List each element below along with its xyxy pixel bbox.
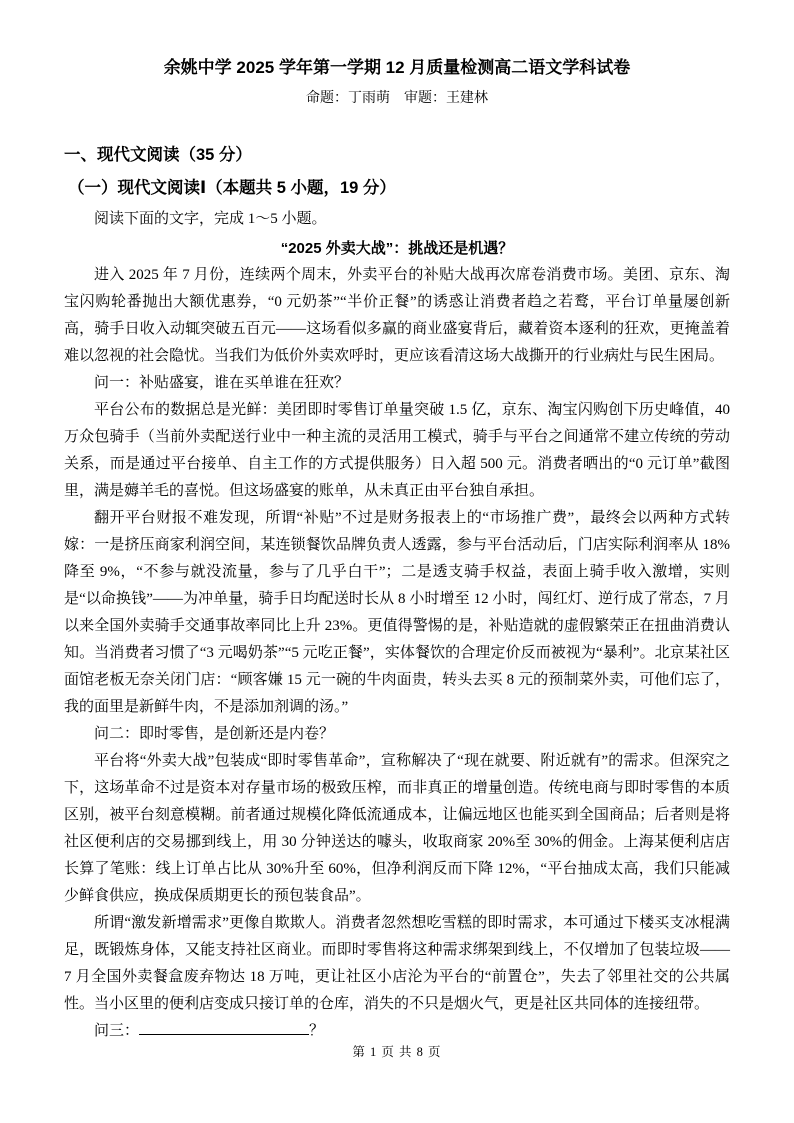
article-paragraph-5: 所谓“激发新增需求”更像自欺欺人。消费者忽然想吃雪糕的即时需求，本可通过下楼买支… xyxy=(64,910,730,1018)
byline: 命题：丁雨萌 审题：王建林 xyxy=(64,89,730,109)
article-question-three: 问三：？ xyxy=(64,1018,730,1045)
section-heading-modern-reading: 一、现代文阅读（35 分） xyxy=(64,143,730,167)
subsection-heading-reading-one: （一）现代文阅读Ⅰ（本题共 5 小题，19 分） xyxy=(64,176,730,200)
question-three-label: 问三： xyxy=(94,1023,139,1039)
article-paragraph-1: 进入 2025 年 7 月份，连续两个周末，外卖平台的补贴大战再次席卷消费市场。… xyxy=(64,262,730,370)
article-question-two: 问二：即时零售，是创新还是内卷？ xyxy=(64,721,730,748)
answer-blank-line xyxy=(139,1019,309,1035)
article-title: “2025 外卖大战”：挑战还是机遇？ xyxy=(64,236,730,262)
article-paragraph-4: 平台将“外卖大战”包装成“即时零售革命”，宣称解决了“现在就要、附近就有”的需求… xyxy=(64,748,730,910)
page-title: 余姚中学 2025 学年第一学期 12 月质量检测高二语文学科试卷 xyxy=(64,56,730,80)
article-paragraph-3: 翻开平台财报不难发现，所谓“补贴”不过是财务报表上的“市场推广费”，最终会以两种… xyxy=(64,505,730,721)
reading-instruction: 阅读下面的文字，完成 1～5 小题。 xyxy=(64,207,730,231)
question-three-mark: ？ xyxy=(309,1023,324,1039)
article-paragraph-2: 平台公布的数据总是光鲜：美团即时零售订单量突破 1.5 亿，京东、淘宝闪购创下历… xyxy=(64,397,730,505)
exam-paper-page: 余姚中学 2025 学年第一学期 12 月质量检测高二语文学科试卷 命题：丁雨萌… xyxy=(0,0,794,1123)
page-number: 第 1 页 共 8 页 xyxy=(0,1042,794,1060)
article-question-one: 问一：补贴盛宴，谁在买单谁在狂欢？ xyxy=(64,370,730,397)
